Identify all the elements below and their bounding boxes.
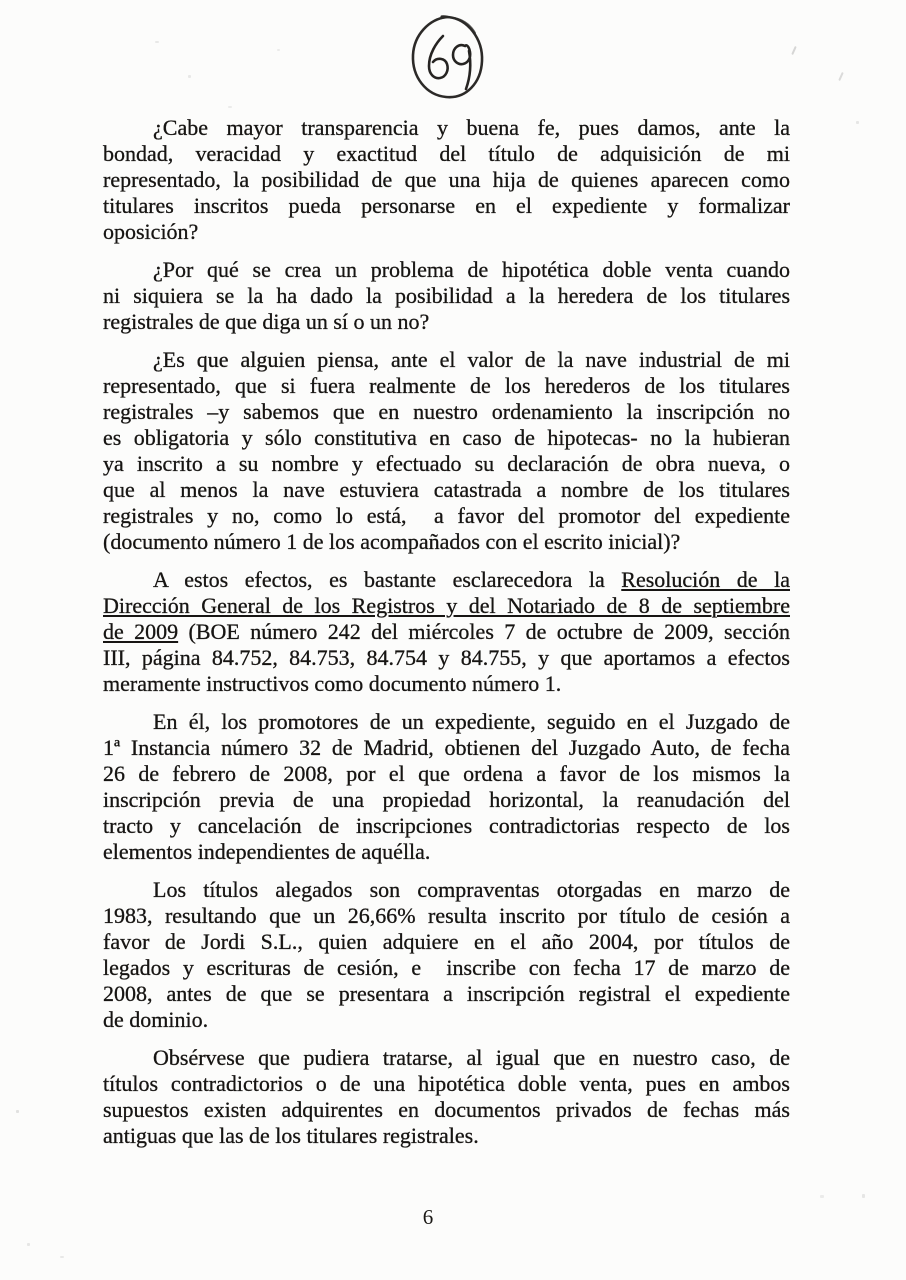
text-line: 26 de febrero de 2008, por el que ordena… bbox=[103, 761, 790, 787]
scan-speck bbox=[188, 75, 191, 78]
text-segment: ¿Es que alguien piensa, ante el valor de… bbox=[153, 347, 790, 372]
text-segment: tracto y cancelación de inscripciones co… bbox=[103, 813, 790, 838]
scan-speck bbox=[856, 121, 859, 124]
paragraph: En él, los promotores de un expediente, … bbox=[103, 709, 790, 865]
text-line: registrales –y sabemos que en nuestro or… bbox=[103, 399, 790, 425]
text-line: ni siquiera se la ha dado la posibilidad… bbox=[103, 283, 790, 309]
text-line: inscripción previa de una propiedad hori… bbox=[103, 787, 790, 813]
text-segment: (BOE número 242 del miércoles 7 de octub… bbox=[178, 619, 790, 644]
scan-speck bbox=[820, 1195, 824, 1198]
text-segment: de dominio. bbox=[103, 1007, 208, 1032]
scanned-document-page: ¿Cabe mayor transparencia y buena fe, pu… bbox=[0, 0, 906, 1280]
paragraph: Obsérvese que pudiera tratarse, al igual… bbox=[103, 1045, 790, 1149]
text-segment: 26 de febrero de 2008, por el que ordena… bbox=[103, 761, 790, 786]
text-segment: III, página 84.752, 84.753, 84.754 y 84.… bbox=[103, 645, 790, 670]
text-segment: 2008, antes de que se presentara a inscr… bbox=[103, 981, 790, 1006]
text-line: 1983, resultando que un 26,66% resulta i… bbox=[103, 903, 790, 929]
text-line: Los títulos alegados son compraventas ot… bbox=[103, 877, 790, 903]
text-line: A estos efectos, es bastante esclarecedo… bbox=[103, 567, 790, 593]
scan-speck bbox=[155, 41, 159, 43]
text-segment: registrales –y sabemos que en nuestro or… bbox=[103, 399, 790, 424]
text-segment: 1983, resultando que un 26,66% resulta i… bbox=[103, 903, 790, 928]
text-segment: bondad, veracidad y exactitud del título… bbox=[103, 141, 790, 166]
text-segment: legados y escrituras de cesión, e inscri… bbox=[103, 955, 790, 980]
text-line: antiguas que las de los titulares regist… bbox=[103, 1123, 790, 1149]
text-segment: títulos contradictorios o de una hipotét… bbox=[103, 1071, 790, 1096]
scan-speck bbox=[838, 72, 843, 81]
text-line: tracto y cancelación de inscripciones co… bbox=[103, 813, 790, 839]
text-line: títulos contradictorios o de una hipotét… bbox=[103, 1071, 790, 1097]
text-line: 1ª Instancia número 32 de Madrid, obtien… bbox=[103, 735, 790, 761]
text-segment: (documento número 1 de los acompañados c… bbox=[103, 529, 680, 554]
scan-speck bbox=[277, 49, 280, 51]
scan-speck bbox=[791, 46, 796, 55]
underlined-text: Dirección General de los Registros y del… bbox=[103, 593, 790, 618]
scan-speck bbox=[16, 1110, 19, 1113]
text-line: (documento número 1 de los acompañados c… bbox=[103, 529, 790, 555]
text-line: que al menos la nave estuviera catastrad… bbox=[103, 477, 790, 503]
text-line: favor de Jordi S.L., quien adquiere en e… bbox=[103, 929, 790, 955]
text-segment: 1ª Instancia número 32 de Madrid, obtien… bbox=[103, 735, 790, 760]
text-line: es obligatoria y sólo constitutiva en ca… bbox=[103, 425, 790, 451]
text-line: Dirección General de los Registros y del… bbox=[103, 593, 790, 619]
text-segment: representado, la posibilidad de que una … bbox=[103, 167, 790, 192]
text-line: registrales y no, como lo está, a favor … bbox=[103, 503, 790, 529]
text-segment: antiguas que las de los titulares regist… bbox=[103, 1123, 479, 1148]
text-segment: que al menos la nave estuviera catastrad… bbox=[103, 477, 790, 502]
text-line: ¿Cabe mayor transparencia y buena fe, pu… bbox=[103, 115, 790, 141]
text-line: 2008, antes de que se presentara a inscr… bbox=[103, 981, 790, 1007]
text-line: Obsérvese que pudiera tratarse, al igual… bbox=[103, 1045, 790, 1071]
text-line: representado, que si fuera realmente de … bbox=[103, 373, 790, 399]
text-line: En él, los promotores de un expediente, … bbox=[103, 709, 790, 735]
paragraph: ¿Por qué se crea un problema de hipotéti… bbox=[103, 257, 790, 335]
text-line: titulares inscritos pueda personarse en … bbox=[103, 193, 790, 219]
paragraph: ¿Es que alguien piensa, ante el valor de… bbox=[103, 347, 790, 555]
scan-speck bbox=[862, 1194, 865, 1198]
text-line: meramente instructivos como documento nú… bbox=[103, 671, 790, 697]
text-segment: registrales de que diga un sí o un no? bbox=[103, 309, 429, 334]
text-segment: A estos efectos, es bastante esclarecedo… bbox=[153, 567, 621, 592]
text-segment: ni siquiera se la ha dado la posibilidad… bbox=[103, 283, 790, 308]
text-segment: inscripción previa de una propiedad hori… bbox=[103, 787, 790, 812]
text-line: ¿Es que alguien piensa, ante el valor de… bbox=[103, 347, 790, 373]
text-line: oposición? bbox=[103, 219, 790, 245]
text-line: de 2009 (BOE número 242 del miércoles 7 … bbox=[103, 619, 790, 645]
text-segment: favor de Jordi S.L., quien adquiere en e… bbox=[103, 929, 790, 954]
text-line: ya inscrito a su nombre y efectuado su d… bbox=[103, 451, 790, 477]
paragraph: ¿Cabe mayor transparencia y buena fe, pu… bbox=[103, 115, 790, 245]
handwritten-circled-number bbox=[403, 10, 493, 110]
text-line: ¿Por qué se crea un problema de hipotéti… bbox=[103, 257, 790, 283]
circle-doodle-icon bbox=[403, 10, 493, 110]
document-body: ¿Cabe mayor transparencia y buena fe, pu… bbox=[103, 115, 790, 1161]
text-segment: Los títulos alegados son compraventas ot… bbox=[153, 877, 790, 902]
page-number: 6 bbox=[0, 1205, 856, 1230]
scan-speck bbox=[228, 106, 232, 108]
text-line: registrales de que diga un sí o un no? bbox=[103, 309, 790, 335]
paragraph: Los títulos alegados son compraventas ot… bbox=[103, 877, 790, 1033]
text-line: III, página 84.752, 84.753, 84.754 y 84.… bbox=[103, 645, 790, 671]
text-segment: Obsérvese que pudiera tratarse, al igual… bbox=[153, 1045, 790, 1070]
text-line: de dominio. bbox=[103, 1007, 790, 1033]
text-line: supuestos existen adquirentes en documen… bbox=[103, 1097, 790, 1123]
paragraph: A estos efectos, es bastante esclarecedo… bbox=[103, 567, 790, 697]
text-segment: es obligatoria y sólo constitutiva en ca… bbox=[103, 425, 790, 450]
scan-speck bbox=[60, 1256, 64, 1258]
text-line: elementos independientes de aquélla. bbox=[103, 839, 790, 865]
text-line: representado, la posibilidad de que una … bbox=[103, 167, 790, 193]
text-segment: representado, que si fuera realmente de … bbox=[103, 373, 790, 398]
text-segment: registrales y no, como lo está, a favor … bbox=[103, 503, 790, 528]
text-line: bondad, veracidad y exactitud del título… bbox=[103, 141, 790, 167]
text-segment: oposición? bbox=[103, 219, 198, 244]
text-segment: ya inscrito a su nombre y efectuado su d… bbox=[103, 451, 790, 476]
text-segment: elementos independientes de aquélla. bbox=[103, 839, 430, 864]
text-segment: ¿Cabe mayor transparencia y buena fe, pu… bbox=[153, 115, 790, 140]
text-line: legados y escrituras de cesión, e inscri… bbox=[103, 955, 790, 981]
text-segment: meramente instructivos como documento nú… bbox=[103, 671, 561, 696]
underlined-text: de 2009 bbox=[103, 619, 178, 644]
underlined-text: Resolución de la bbox=[621, 567, 790, 592]
text-segment: supuestos existen adquirentes en documen… bbox=[103, 1097, 790, 1122]
scan-speck bbox=[27, 1243, 30, 1246]
text-segment: titulares inscritos pueda personarse en … bbox=[103, 193, 790, 218]
text-segment: ¿Por qué se crea un problema de hipotéti… bbox=[153, 257, 790, 282]
text-segment: En él, los promotores de un expediente, … bbox=[153, 709, 790, 734]
